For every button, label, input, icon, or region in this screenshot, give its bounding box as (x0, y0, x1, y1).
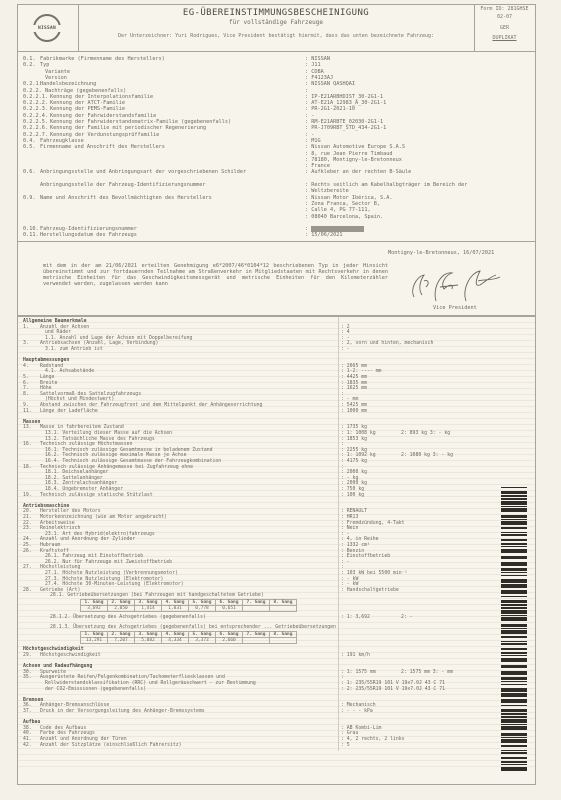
logo-text: NISSAN (30, 25, 64, 32)
gear-ratio-value: 2,660 (216, 638, 243, 644)
field-number: 0.11. (23, 232, 39, 238)
logo-cell: NISSAN (18, 5, 79, 51)
copy-type: DUPLIKAT (474, 35, 535, 42)
coc-document: NISSAN EG-ÜBEREINSTIMMUNGSBESCHEINIGUNG … (17, 4, 536, 785)
scan-line (18, 754, 535, 755)
field-label: 28.1.2. Übersetzung des Achsgetriebes (g… (50, 615, 206, 621)
gear-ratio-value: 1,414 (135, 606, 162, 612)
gear-ratio-value: 0,778 (189, 606, 216, 612)
document-title: EG-ÜBEREINSTIMMUNGSBESCHEINIGUNG (78, 8, 474, 18)
gear-header: 1. Gang (81, 632, 108, 638)
gear-header: 5. Gang (189, 600, 216, 606)
gear-ratio-value: 7,207 (108, 638, 135, 644)
gear-header: 4. Gang (162, 600, 189, 606)
redacted-vin: SJNFAAJ11U0000000 (311, 226, 364, 232)
gear-header: 3. Gang (135, 632, 162, 638)
scan-line (18, 760, 535, 761)
signature-icon (406, 267, 506, 305)
gear-ratio-table: 1. Gang2. Gang3. Gang4. Gang5. Gang6. Ga… (80, 599, 297, 612)
technical-data-section: Allgemeine Baumerkmale1.Anzahl der Achse… (18, 317, 535, 786)
language-code: GER (474, 25, 535, 32)
title-cell: EG-ÜBEREINSTIMMUNGSBESCHEINIGUNG für vol… (78, 5, 475, 51)
field-number: 42. (23, 743, 32, 749)
gear-ratio-value: 3,373 (189, 638, 216, 644)
gear-ratio-value (243, 638, 270, 644)
gear-ratio-table: 1. Gang2. Gang3. Gang4. Gang5. Gang6. Ga… (80, 631, 297, 644)
gear-header: 2. Gang (108, 600, 135, 606)
form-info-cell: Form ID: 281GHSE 02-07 GER DUPLIKAT (474, 5, 535, 51)
field-row: 0.11.Herstellungsdatum des Fahrzeugs: 15… (18, 232, 535, 238)
gear-header: 7. Gang (243, 632, 270, 638)
form-id: Form ID: 281GHSE (474, 6, 535, 13)
scan-line (18, 622, 535, 623)
field-label: Anzahl der Sitzplätze (einschließlich Fa… (40, 743, 182, 749)
gear-ratio-value: 1,031 (162, 606, 189, 612)
gear-ratio-value: 2,050 (108, 606, 135, 612)
signature-block: Montigny-le-Bretonneux, 16/07/2021 mit d… (18, 241, 535, 317)
field-value: : 15/06/2021 (305, 232, 342, 238)
gear-header: 6. Gang (216, 632, 243, 638)
gear-header: 2. Gang (108, 632, 135, 638)
gear-header: 1. Gang (81, 600, 108, 606)
gear-header: 3. Gang (135, 600, 162, 606)
gear-ratio-value (270, 606, 297, 612)
gear-ratio-value: 5,082 (135, 638, 162, 644)
signer-title: Vice President (433, 305, 477, 311)
gear-ratio-value: 0,651 (216, 606, 243, 612)
brand-logo-icon: NISSAN (33, 14, 61, 42)
gear-ratio-value (243, 606, 270, 612)
form-revision: 02-07 (474, 14, 535, 21)
document-subtitle: für vollständige Fahrzeuge (78, 19, 474, 26)
field-row: 28.1.2. Übersetzung des Achsgetriebes (g… (18, 615, 535, 621)
field-label: Herstellungsdatum des Fahrzeugs (40, 232, 137, 238)
gear-header: 7. Gang (243, 600, 270, 606)
gear-header: 8. Gang (270, 600, 297, 606)
place-date: Montigny-le-Bretonneux, 16/07/2021 (388, 250, 494, 256)
gear-header: 6. Gang (216, 600, 243, 606)
scan-line (18, 766, 535, 767)
gear-header: 5. Gang (189, 632, 216, 638)
field-value: : 5 (341, 743, 350, 749)
gear-ratio-value (270, 638, 297, 644)
barcode-icon (501, 487, 527, 773)
field-value-secondary: 2: - (401, 615, 413, 621)
document-header: NISSAN EG-ÜBEREINSTIMMUNGSBESCHEINIGUNG … (18, 5, 535, 52)
field-row: 42.Anzahl der Sitzplätze (einschließlich… (18, 743, 535, 749)
gear-header: 4. Gang (162, 632, 189, 638)
vehicle-identification-section: 0.1.Fabrikmarke (Firmenname des Herstell… (18, 52, 535, 242)
gear-ratio-value: 4,334 (162, 638, 189, 644)
field-value: : 1: 3,692 (341, 615, 370, 621)
conformity-statement: mit dem in der am 21/06/2021 erteilten G… (43, 263, 388, 287)
declaration-text: Der Unterzeichner: Yuri Rodrigues, Vice … (78, 33, 474, 40)
gear-header: 8. Gang (270, 632, 297, 638)
gear-ratio-value: 13,291 (81, 638, 108, 644)
gear-ratio-value: 3,692 (81, 606, 108, 612)
